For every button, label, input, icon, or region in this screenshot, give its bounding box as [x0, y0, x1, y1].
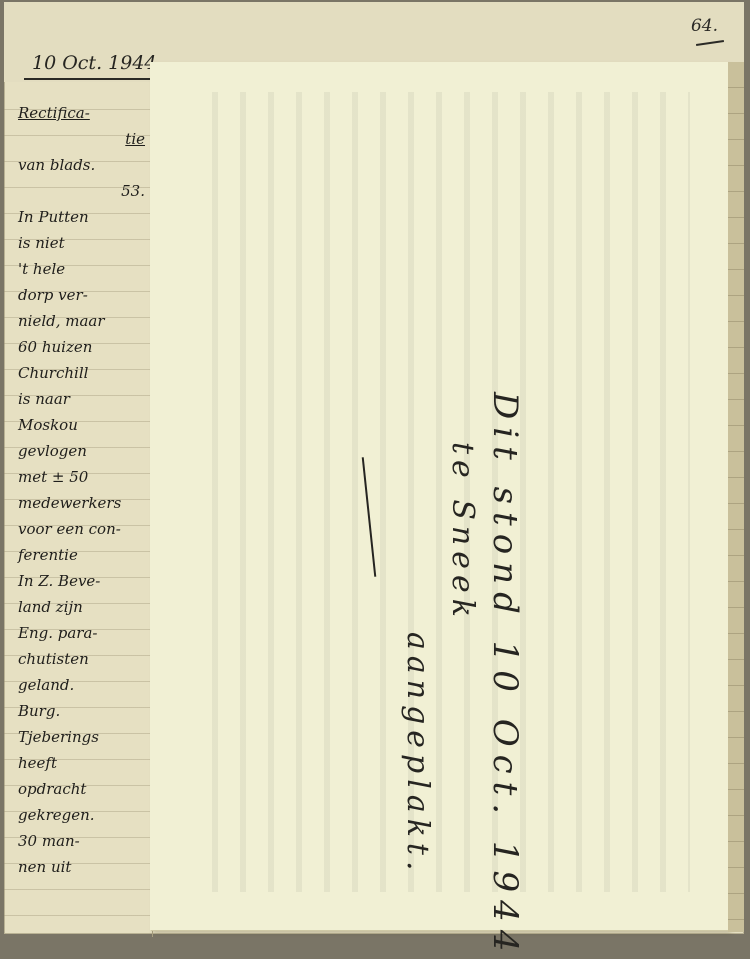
margin-line: Churchill	[18, 360, 153, 386]
margin-line: medewerkers	[18, 490, 153, 516]
margin-line: dorp ver-	[18, 282, 153, 308]
margin-line: Moskou	[18, 412, 153, 438]
margin-line: land zijn	[18, 594, 153, 620]
margin-line: 't hele	[18, 256, 153, 282]
margin-line: In Z. Beve-	[18, 568, 153, 594]
margin-line: 53.	[18, 178, 153, 204]
date-underline	[24, 78, 154, 80]
margin-line: van blads.	[18, 152, 153, 178]
bleed-through-typescript	[190, 92, 690, 892]
margin-line: In Putten	[18, 204, 153, 230]
margin-line: nield, maar	[18, 308, 153, 334]
margin-line: chutisten	[18, 646, 153, 672]
margin-line: Eng. para-	[18, 620, 153, 646]
date-heading: 10 Oct. 1944	[32, 52, 157, 74]
margin-line: opdracht	[18, 776, 153, 802]
margin-line: gekregen.	[18, 802, 153, 828]
margin-line: geland.	[18, 672, 153, 698]
margin-line: 60 huizen	[18, 334, 153, 360]
margin-line: is niet	[18, 230, 153, 256]
margin-line: is naar	[18, 386, 153, 412]
margin-line: heeft	[18, 750, 153, 776]
margin-notes: Rectifica- tie van blads. 53. In Putten …	[18, 100, 153, 880]
margin-line: voor een con-	[18, 516, 153, 542]
margin-line: nen uit	[18, 854, 153, 880]
note-line-1: Dit stond 10 Oct. 1944	[485, 392, 525, 939]
margin-line: tie	[18, 126, 153, 152]
page-number: 64.	[691, 16, 718, 36]
note-line-3: aangeplakt.	[400, 632, 435, 877]
page-right-edge	[728, 62, 744, 932]
margin-line: Tjeberings	[18, 724, 153, 750]
margin-line: Rectifica-	[18, 100, 153, 126]
pasted-notice-card: Dit stond 10 Oct. 1944 te Sneek aangepla…	[150, 62, 728, 930]
margin-line: ferentie	[18, 542, 153, 568]
note-line-2: te Sneek	[445, 442, 480, 623]
margin-line: met ± 50	[18, 464, 153, 490]
margin-line: gevlogen	[18, 438, 153, 464]
margin-line: Burg.	[18, 698, 153, 724]
margin-line: 30 man-	[18, 828, 153, 854]
